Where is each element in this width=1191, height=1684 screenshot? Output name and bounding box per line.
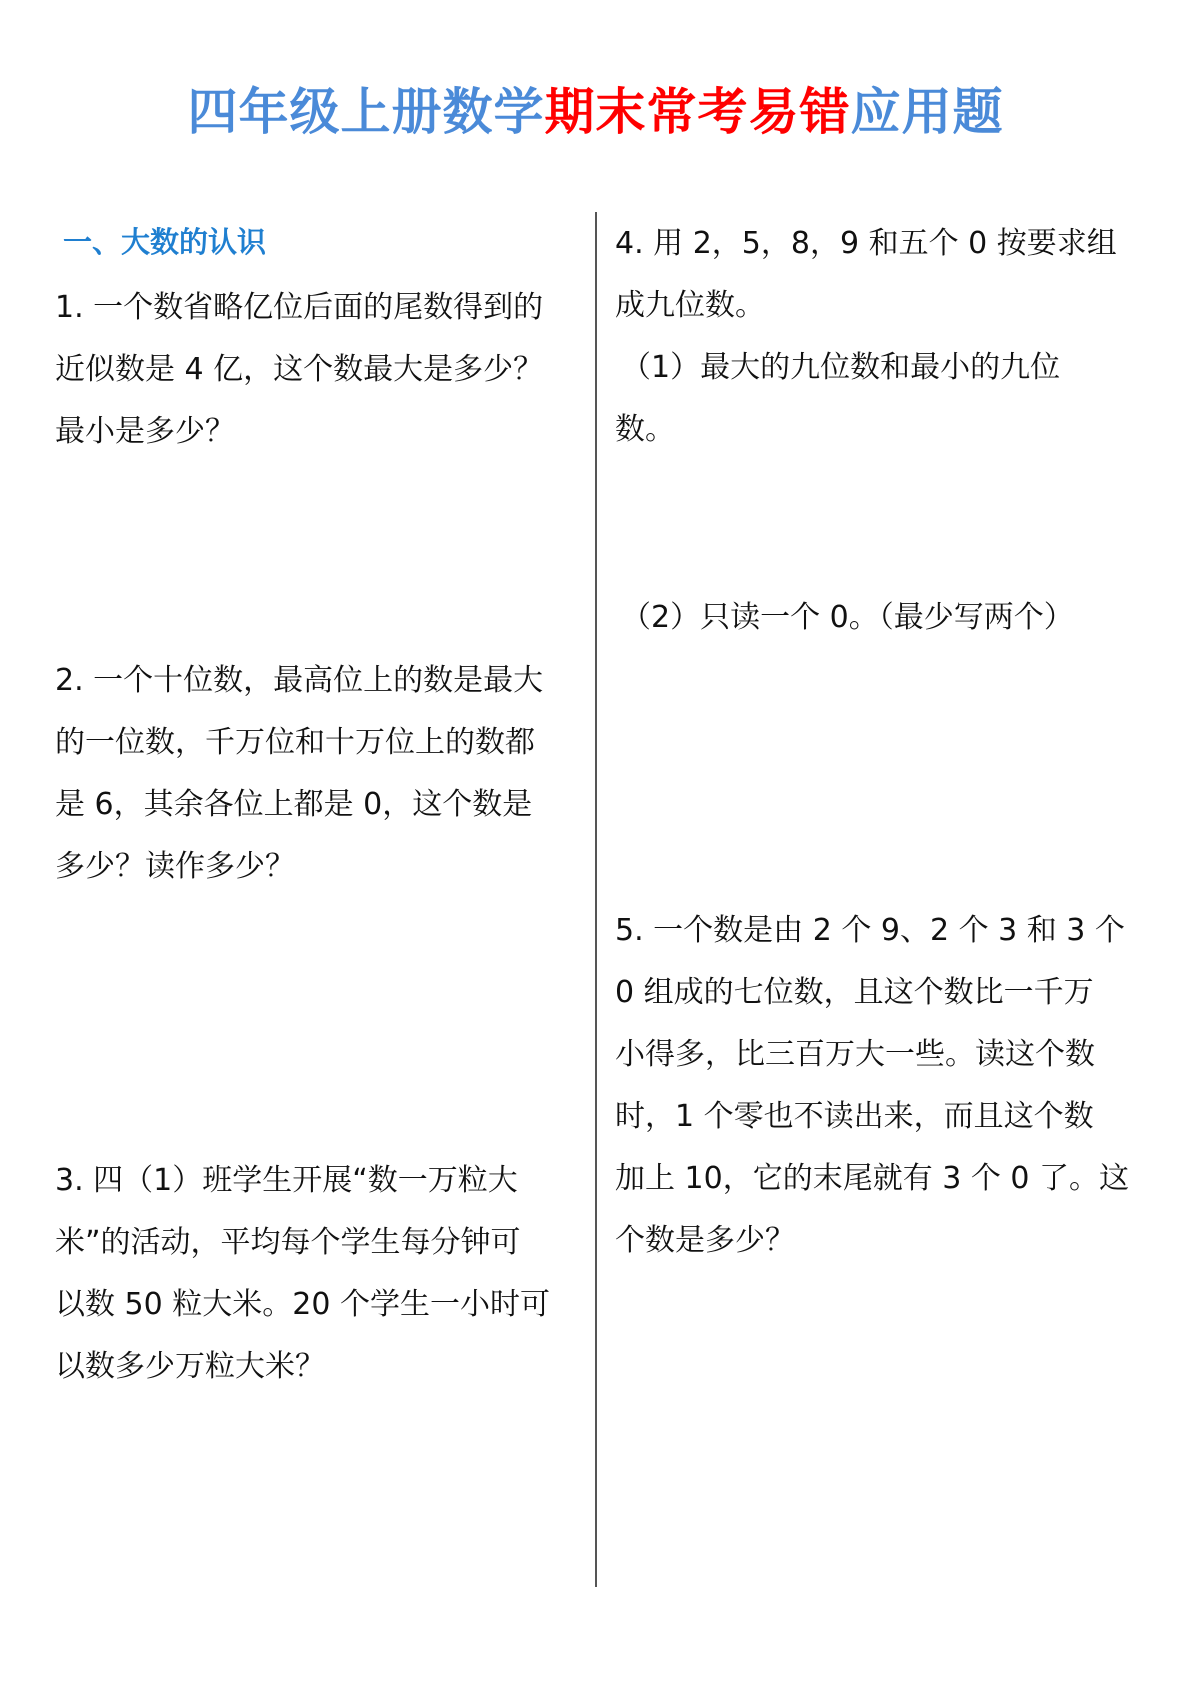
question-5-line: 时，1 个零也不读出来，而且这个数 — [615, 1086, 1129, 1148]
question-2-line: 多少？读作多少？ — [55, 836, 543, 898]
question-2-line: 的一位数，千万位和十万位上的数都 — [55, 712, 543, 774]
column-divider — [595, 212, 597, 1587]
question-3-line: 3. 四（1）班学生开展“数一万粒大 — [55, 1150, 550, 1212]
question-4-part-1-line: 数。 — [615, 399, 675, 461]
question-5: 5. 一个数是由 2 个 9、2 个 3 和 3 个 0 组成的七位数，且这个数… — [615, 900, 1129, 1272]
question-4: 4. 用 2，5，8，9 和五个 0 按要求组 成九位数。 — [615, 213, 1117, 337]
question-5-line: 0 组成的七位数，且这个数比一千万 — [615, 962, 1129, 1024]
question-1-line: 1. 一个数省略亿位后面的尾数得到的 — [55, 277, 543, 339]
question-2: 2. 一个十位数，最高位上的数是最大 的一位数，千万位和十万位上的数都 是 6，… — [55, 650, 543, 898]
question-1-line: 近似数是 4 亿，这个数最大是多少？ — [55, 339, 543, 401]
question-3-line: 米”的活动，平均每个学生每分钟可 — [55, 1212, 550, 1274]
question-3-line: 以数多少万粒大米？ — [55, 1336, 550, 1398]
question-4-part-2-line: （2）只读一个 0。（最少写两个） — [621, 587, 1074, 649]
question-1: 1. 一个数省略亿位后面的尾数得到的 近似数是 4 亿，这个数最大是多少？ 最小… — [55, 277, 543, 463]
question-4-part-1-line: （1）最大的九位数和最小的九位 — [621, 337, 1060, 399]
question-3: 3. 四（1）班学生开展“数一万粒大 米”的活动，平均每个学生每分钟可 以数 5… — [55, 1150, 550, 1398]
question-4-part-1-cont: 数。 — [615, 399, 675, 461]
question-3-line: 以数 50 粒大米。20 个学生一小时可 — [55, 1274, 550, 1336]
question-4-part-2: （2）只读一个 0。（最少写两个） — [615, 587, 1074, 649]
question-4-line: 成九位数。 — [615, 275, 1117, 337]
question-2-line: 2. 一个十位数，最高位上的数是最大 — [55, 650, 543, 712]
title-part-grade: 四年级上册数学 — [188, 83, 545, 141]
question-5-line: 小得多，比三百万大一些。读这个数 — [615, 1024, 1129, 1086]
question-2-line: 是 6，其余各位上都是 0，这个数是 — [55, 774, 543, 836]
question-1-line: 最小是多少？ — [55, 401, 543, 463]
title-part-highlight: 期末常考易错 — [545, 83, 851, 141]
question-5-line: 加上 10，它的末尾就有 3 个 0 了。这 — [615, 1148, 1129, 1210]
question-5-line: 5. 一个数是由 2 个 9、2 个 3 和 3 个 — [615, 900, 1129, 962]
question-4-line: 4. 用 2，5，8，9 和五个 0 按要求组 — [615, 213, 1117, 275]
question-5-line: 个数是多少？ — [615, 1210, 1129, 1272]
page-title: 四年级上册数学期末常考易错应用题 — [0, 80, 1191, 144]
question-4-part-1: （1）最大的九位数和最小的九位 — [615, 337, 1060, 399]
title-part-topic: 应用题 — [851, 83, 1004, 141]
section-heading: 一、大数的认识 — [63, 224, 266, 260]
